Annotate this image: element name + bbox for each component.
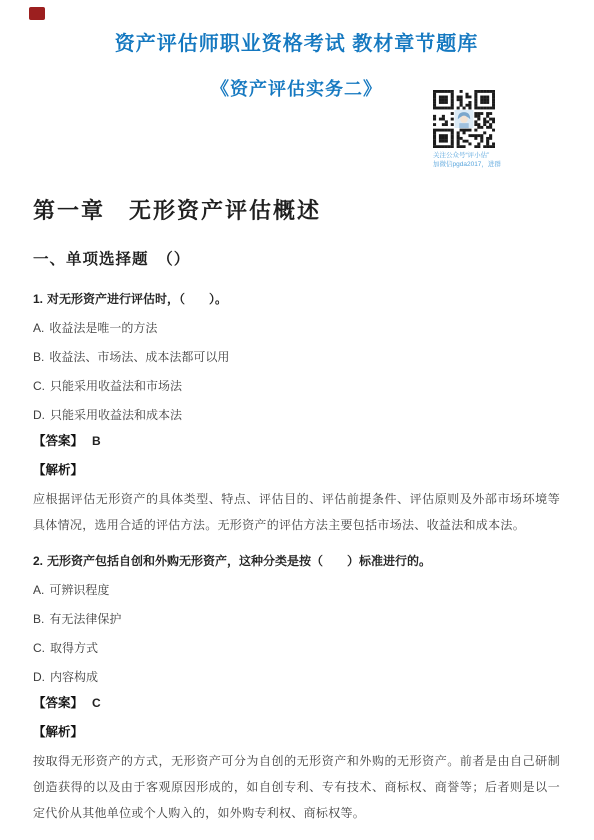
red-marker: [29, 7, 45, 20]
option-d: D.只能采用收益法和成本法: [33, 407, 560, 423]
option-text: 只能采用收益法和市场法: [50, 379, 182, 393]
option-text: 收益法、市场法、成本法都可以用: [49, 350, 229, 364]
document-page: 资产评估师职业资格考试 教材章节题库 《资产评估实务二》 关注公众号“评小估” …: [0, 0, 594, 826]
question-stem: 2.无形资产包括自创和外购无形资产，这种分类是按（ ）标准进行的。: [33, 553, 560, 569]
answer-line: 【答案】C: [33, 695, 560, 711]
answer-value: C: [92, 696, 101, 710]
option-text: 收益法是唯一的方法: [49, 321, 157, 335]
option-label: A.: [33, 583, 44, 597]
analysis-label: 【解析】: [33, 724, 560, 740]
option-label: B.: [33, 612, 44, 626]
qr-code-icon: [433, 90, 495, 148]
option-label: D.: [33, 670, 45, 684]
option-text: 可辨识程度: [49, 583, 109, 597]
option-label: C.: [33, 379, 45, 393]
question-number: 2.: [33, 554, 43, 568]
option-label: B.: [33, 350, 44, 364]
question-text: 无形资产包括自创和外购无形资产，这种分类是按（ ）标准进行的。: [47, 554, 431, 568]
answer-line: 【答案】B: [33, 433, 560, 449]
question-number: 1.: [33, 292, 43, 306]
option-a: A.收益法是唯一的方法: [33, 320, 560, 336]
option-text: 只能采用收益法和成本法: [50, 408, 182, 422]
answer-label: 【答案】: [33, 696, 83, 710]
option-b: B.有无法律保护: [33, 611, 560, 627]
option-text: 内容构成: [50, 670, 98, 684]
option-label: A.: [33, 321, 44, 335]
option-label: D.: [33, 408, 45, 422]
question-text: 对无形资产进行评估时，（ ）。: [47, 292, 227, 306]
qr-caption-line2: 加微信pgda2017，进群: [433, 160, 519, 169]
analysis-text: 应根据评估无形资产的具体类型、特点、评估目的、评估前提条件、评估原则及外部市场环…: [33, 486, 560, 538]
option-text: 有无法律保护: [49, 612, 121, 626]
question-block-2: 2.无形资产包括自创和外购无形资产，这种分类是按（ ）标准进行的。 A.可辨识程…: [33, 553, 560, 826]
answer-label: 【答案】: [33, 434, 83, 448]
option-b: B.收益法、市场法、成本法都可以用: [33, 349, 560, 365]
option-c: C.只能采用收益法和市场法: [33, 378, 560, 394]
option-c: C.取得方式: [33, 640, 560, 656]
options-list: A.收益法是唯一的方法 B.收益法、市场法、成本法都可以用 C.只能采用收益法和…: [33, 320, 560, 423]
answer-value: B: [92, 434, 101, 448]
option-label: C.: [33, 641, 45, 655]
options-list: A.可辨识程度 B.有无法律保护 C.取得方式 D.内容构成: [33, 582, 560, 685]
document-root: { "header": { "title_line1": "资产评估师职业资格考…: [0, 0, 594, 840]
qr-block: 关注公众号“评小估” 加微信pgda2017，进群: [433, 90, 519, 169]
document-title: 资产评估师职业资格考试 教材章节题库: [33, 0, 560, 57]
analysis-text: 按取得无形资产的方式，无形资产可分为自创的无形资产和外购的无形资产。前者是由自己…: [33, 748, 560, 826]
question-stem: 1.对无形资产进行评估时，（ ）。: [33, 291, 560, 307]
qr-caption-line1: 关注公众号“评小估”: [433, 151, 519, 160]
question-block-1: 1.对无形资产进行评估时，（ ）。 A.收益法是唯一的方法 B.收益法、市场法、…: [33, 291, 560, 538]
section-heading: 一、单项选择题 （）: [33, 250, 560, 270]
option-d: D.内容构成: [33, 669, 560, 685]
option-a: A.可辨识程度: [33, 582, 560, 598]
analysis-label: 【解析】: [33, 462, 560, 478]
chapter-heading: 第一章 无形资产评估概述: [33, 196, 560, 226]
qr-caption: 关注公众号“评小估” 加微信pgda2017，进群: [433, 151, 519, 169]
option-text: 取得方式: [50, 641, 98, 655]
